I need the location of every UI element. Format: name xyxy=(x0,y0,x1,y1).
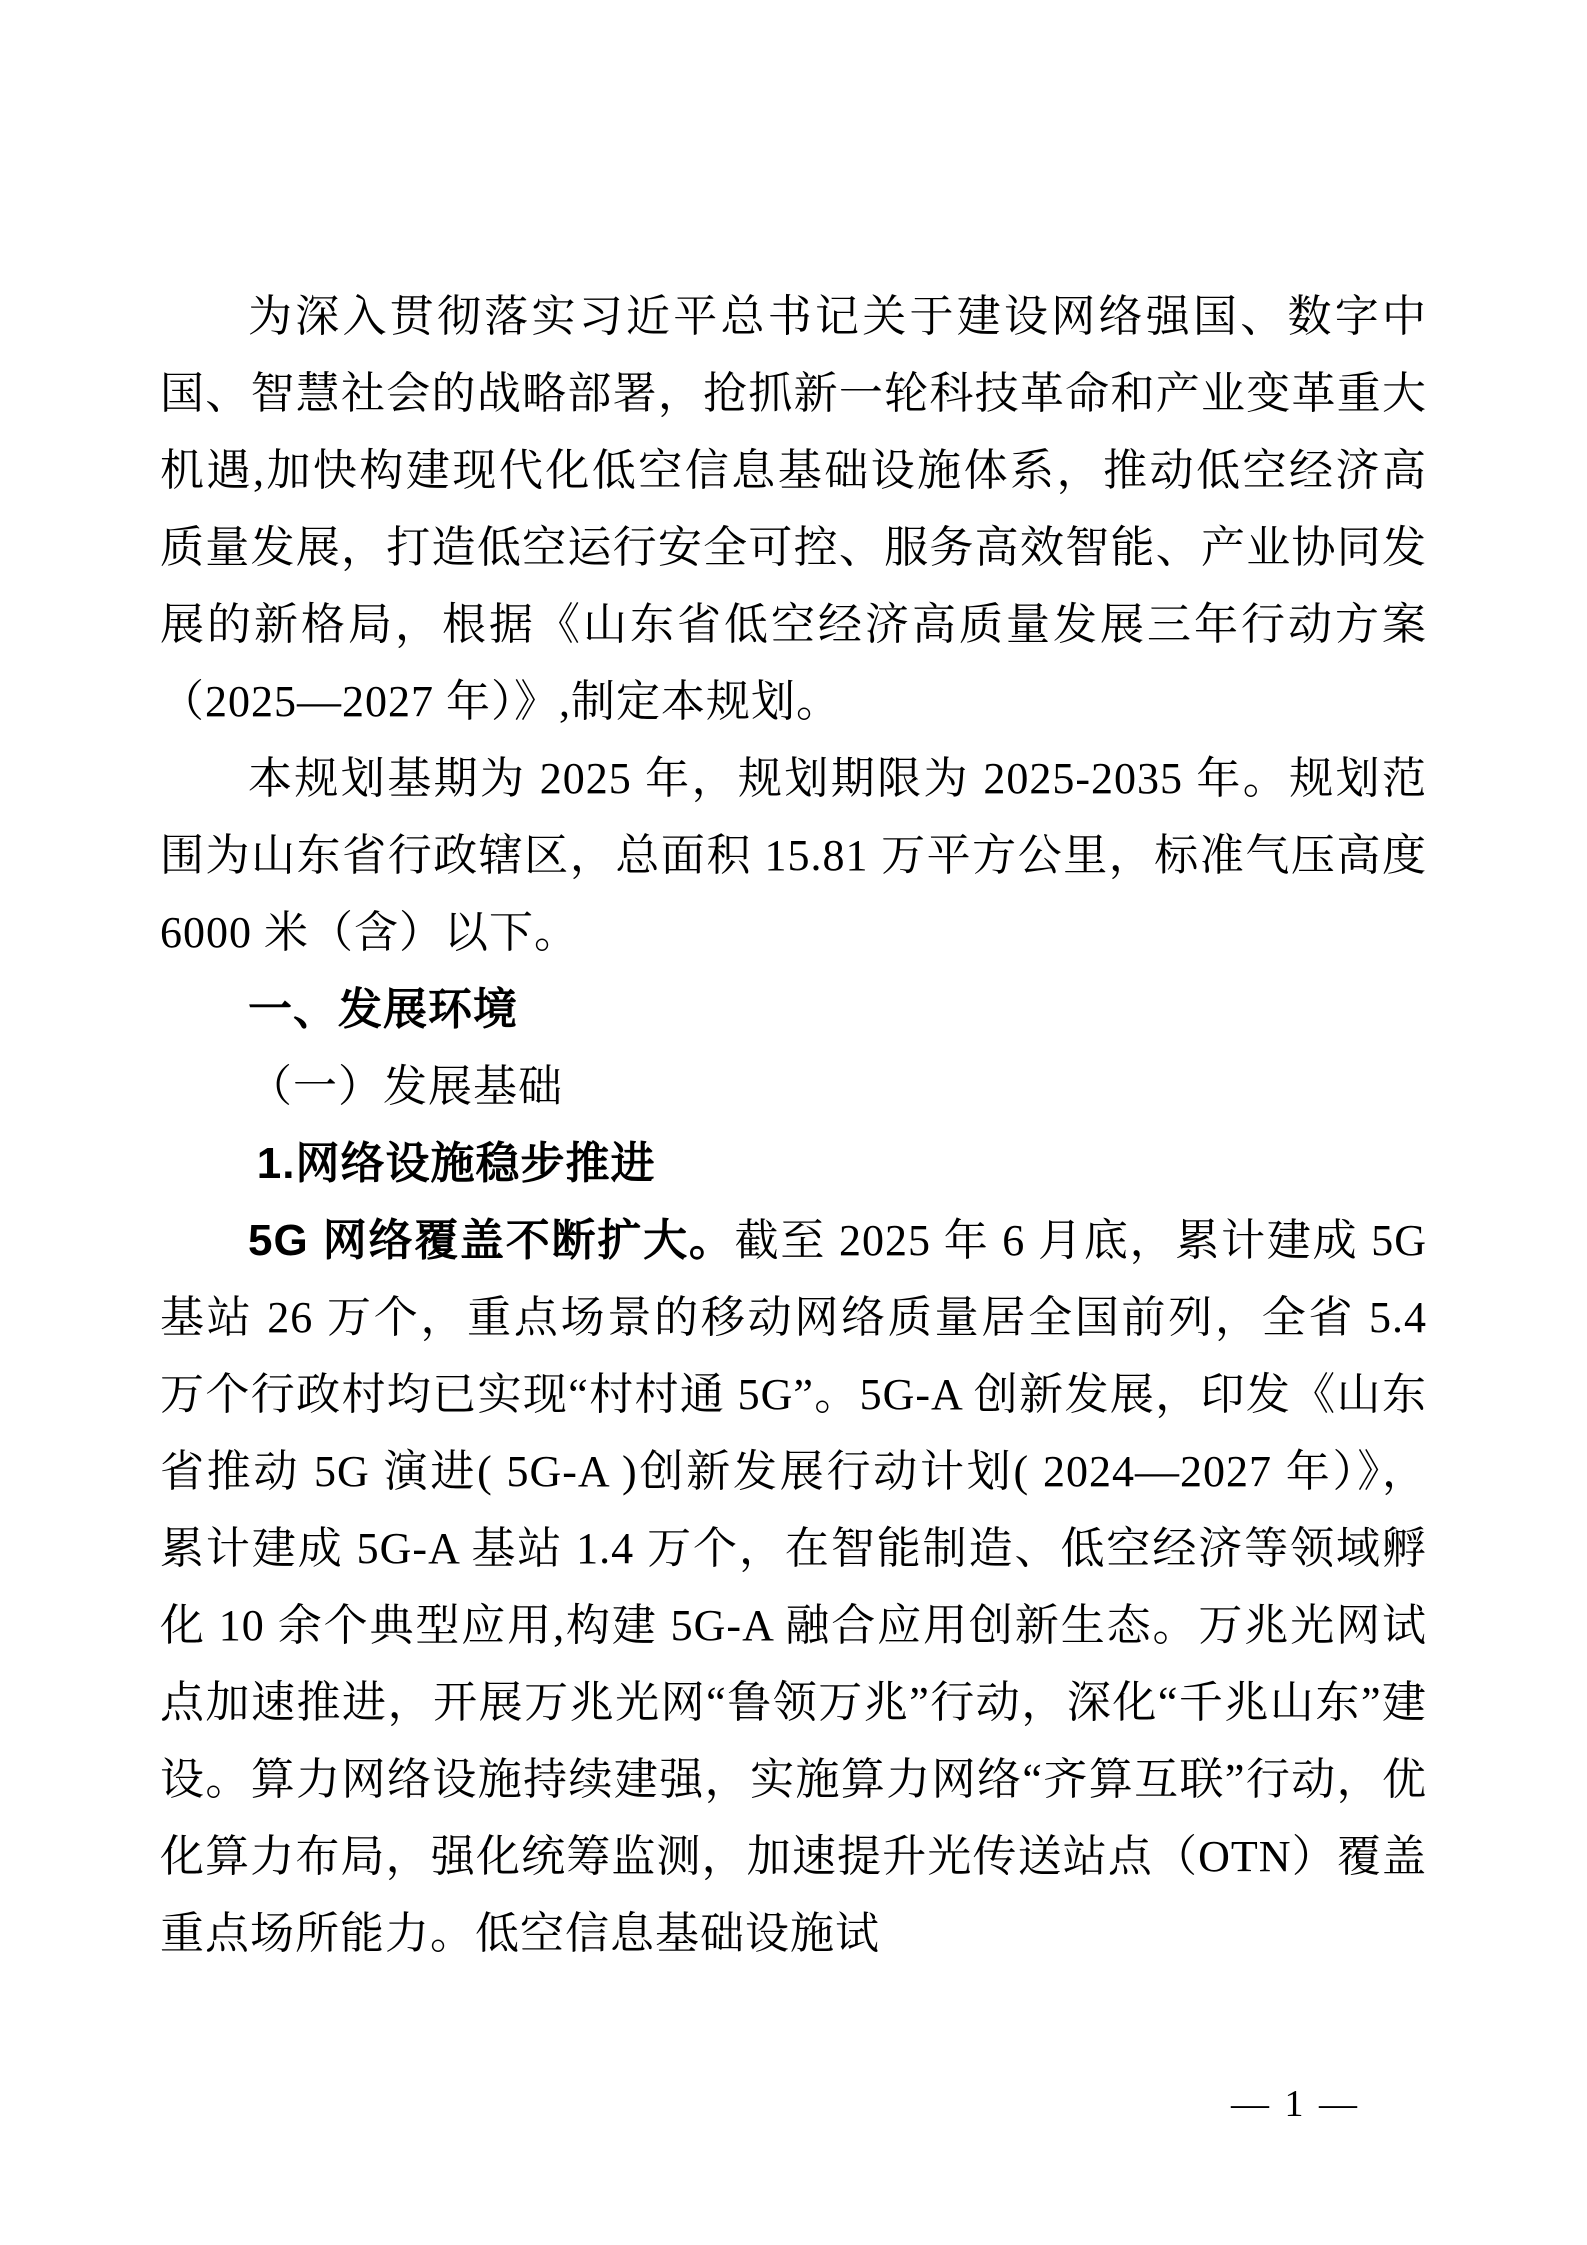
paragraph-network-body: 截至 2025 年 6 月底，累计建成 5G 基站 26 万个，重点场景的移动网… xyxy=(160,1216,1427,1958)
paragraph-network-bold-lead: 5G 网络覆盖不断扩大。 xyxy=(248,1216,735,1265)
document-page: 为深入贯彻落实习近平总书记关于建设网络强国、数字中国、智慧社会的战略部署，抢抓新… xyxy=(0,0,1587,2245)
paragraph-scope: 本规划基期为 2025 年，规划期限为 2025-2035 年。规划范围为山东省… xyxy=(160,740,1427,971)
subsection-heading: （一）发展基础 xyxy=(160,1048,1427,1125)
paragraph-intro: 为深入贯彻落实习近平总书记关于建设网络强国、数字中国、智慧社会的战略部署，抢抓新… xyxy=(160,278,1427,740)
item-heading: 1.网络设施稳步推进 xyxy=(160,1125,1427,1202)
section-heading: 一、发展环境 xyxy=(160,971,1427,1048)
page-number: — 1 — xyxy=(1231,2082,1360,2126)
paragraph-network: 5G 网络覆盖不断扩大。截至 2025 年 6 月底，累计建成 5G 基站 26… xyxy=(160,1202,1427,1972)
